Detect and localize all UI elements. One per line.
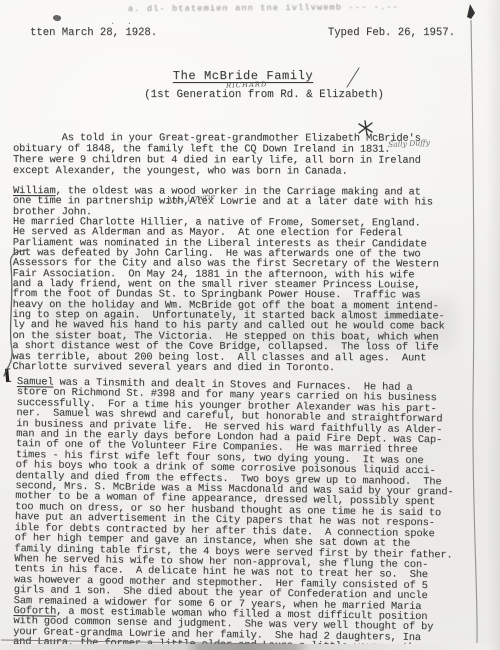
paragraph-william: William, the oldest was a wood worker in… [12,186,445,374]
bleed-through-text: a. dl- btatemien ann tne ivllvwemb --- -… [128,2,458,14]
handwritten-bracket-mark: [ [2,366,12,385]
scanner-edge-bar [0,644,500,650]
date-row: tten March 28, 1928. Typed Feb. 26, 1957… [30,27,455,39]
ink-blob [52,14,61,22]
paragraph-intro: As told in your Great-great-grandmother … [13,133,421,178]
fold-line [471,20,477,643]
text-line: except Alexander, the youngest, who was … [13,166,421,178]
paragraph-samuel: Samuel was a Tinsmith and dealt in Stove… [13,377,455,650]
typed-date: Typed Feb. 26, 1957. [328,27,455,39]
written-date: tten March 28, 1928. [30,27,157,39]
handwritten-richard-annotation: RICHARD [226,80,268,89]
right-edge-shading [486,0,500,650]
speck-dots: . . [110,17,135,27]
page-subtitle: (1st Generation from Rd. & Elizabeth) [14,89,500,101]
scanned-page: a. dl- btatemien ann tne ivllvwemb --- -… [0,0,500,650]
fold-line-flag-icon [467,4,475,19]
